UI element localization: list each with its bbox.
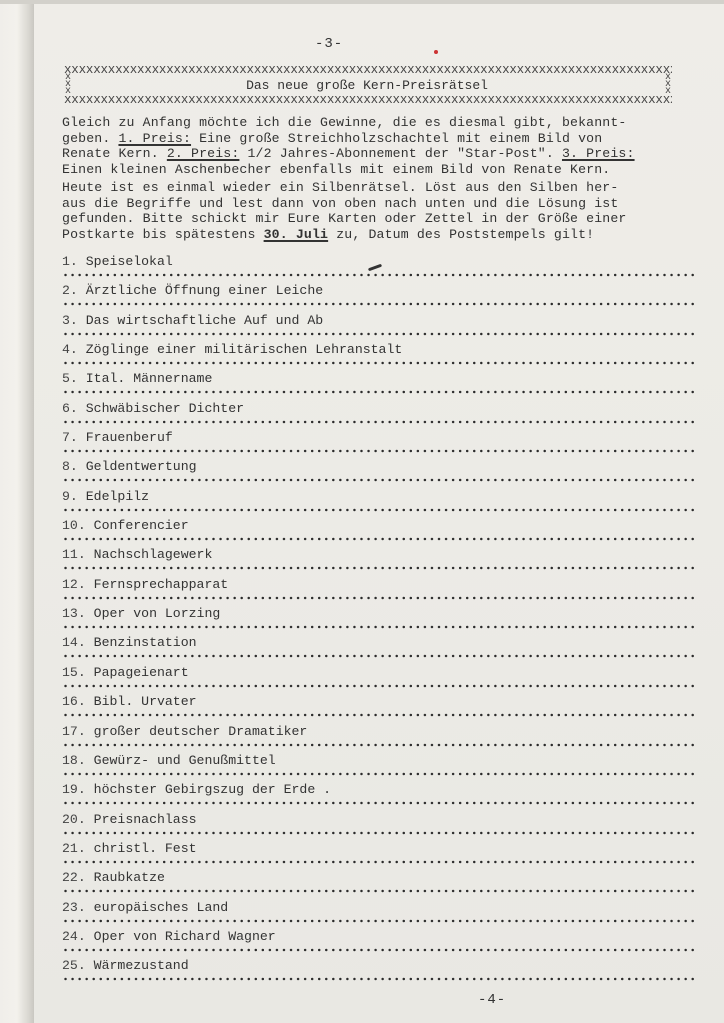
clue-text: Geldentwertung [86, 459, 197, 474]
clue-item: 10. Conferencier [62, 518, 694, 547]
clue-label: 9. Edelpilz [62, 489, 149, 504]
clue-number: 15. [62, 665, 86, 680]
answer-dotted-line[interactable] [62, 508, 694, 512]
clue-label: 11. Nachschlagewerk [62, 547, 212, 562]
deadline-date: 30. Juli [264, 227, 329, 242]
clue-text: Benzinstation [94, 635, 197, 650]
clue-label: 16. Bibl. Urvater [62, 694, 197, 709]
answer-dotted-line[interactable] [62, 831, 694, 835]
clue-number: 22. [62, 870, 86, 885]
clue-item: 14. Benzinstation [62, 635, 694, 664]
answer-dotted-line[interactable] [62, 743, 694, 747]
instructions-text: Heute ist es einmal wieder ein Silbenrät… [62, 180, 618, 195]
prize-3-label: 3. Preis: [562, 146, 635, 161]
clue-number: 16. [62, 694, 86, 709]
answer-dotted-line[interactable] [62, 566, 694, 570]
clue-item: 8. Geldentwertung [62, 459, 694, 488]
ink-speck [434, 50, 438, 54]
clue-number: 6. [62, 401, 78, 416]
clue-text: Gewürz- und Genußmittel [94, 753, 276, 768]
clue-number: 23. [62, 900, 86, 915]
clue-item: 6. Schwäbischer Dichter [62, 401, 694, 430]
clue-label: 17. großer deutscher Dramatiker [62, 724, 307, 739]
clue-text: Papageienart [94, 665, 189, 680]
clue-text: Speiselokal [86, 254, 173, 269]
answer-dotted-line[interactable] [62, 537, 694, 541]
clue-label: 7. Frauenberuf [62, 430, 173, 445]
clue-number: 9. [62, 489, 78, 504]
clue-item: 15. Papageienart [62, 665, 694, 694]
clue-text: Oper von Lorzing [94, 606, 221, 621]
prize-1-label: 1. Preis: [118, 131, 191, 146]
clue-text: Zöglinge einer militärischen Lehranstalt [86, 342, 403, 357]
clue-item: 7. Frauenberuf [62, 430, 694, 459]
clue-label: 15. Papageienart [62, 665, 189, 680]
answer-dotted-line[interactable] [62, 302, 694, 306]
clue-label: 18. Gewürz- und Genußmittel [62, 753, 276, 768]
clue-number: 17. [62, 724, 86, 739]
clue-item: 24. Oper von Richard Wagner [62, 929, 694, 958]
answer-dotted-line[interactable] [62, 361, 694, 365]
instructions-paragraph: Heute ist es einmal wieder ein Silbenrät… [62, 180, 702, 242]
clue-item: 4. Zöglinge einer militärischen Lehranst… [62, 342, 694, 371]
clue-text: Das wirtschaftliche Auf und Ab [86, 313, 323, 328]
prize-2-label: 2. Preis: [167, 146, 240, 161]
clue-item: 23. europäisches Land [62, 900, 694, 929]
clue-item: 1. Speiselokal [62, 254, 694, 283]
title-box: xxxxxxxxxxxxxxxxxxxxxxxxxxxxxxxxxxxxxxxx… [64, 64, 670, 106]
instructions-text: zu, Datum des Poststempels gilt! [328, 227, 594, 242]
clue-number: 2. [62, 283, 78, 298]
clue-number: 21. [62, 841, 86, 856]
answer-dotted-line[interactable] [62, 948, 694, 952]
clue-item: 16. Bibl. Urvater [62, 694, 694, 723]
clue-label: 22. Raubkatze [62, 870, 165, 885]
intro-text: geben. [62, 131, 118, 146]
clue-label: 8. Geldentwertung [62, 459, 197, 474]
answer-dotted-line[interactable] [62, 654, 694, 658]
instructions-text: Postkarte bis spätestens [62, 227, 264, 242]
clue-label: 1. Speiselokal [62, 254, 173, 269]
clue-text: Fernsprechapparat [94, 577, 229, 592]
clue-label: 19. höchster Gebirgszug der Erde . [62, 782, 331, 797]
intro-text: Gleich zu Anfang möchte ich die Gewinne,… [62, 115, 626, 130]
clue-text: europäisches Land [94, 900, 229, 915]
clue-number: 7. [62, 430, 78, 445]
answer-dotted-line[interactable] [62, 625, 694, 629]
clue-label: 24. Oper von Richard Wagner [62, 929, 276, 944]
clue-item: 20. Preisnachlass [62, 812, 694, 841]
clue-text: Preisnachlass [94, 812, 197, 827]
clue-item: 11. Nachschlagewerk [62, 547, 694, 576]
answer-dotted-line[interactable] [62, 390, 694, 394]
clue-item: 12. Fernsprechapparat [62, 577, 694, 606]
clue-label: 10. Conferencier [62, 518, 189, 533]
answer-dotted-line[interactable] [62, 449, 694, 453]
title-border-top: xxxxxxxxxxxxxxxxxxxxxxxxxxxxxxxxxxxxxxxx… [64, 64, 672, 76]
clue-number: 24. [62, 929, 86, 944]
clue-label: 5. Ital. Männername [62, 371, 212, 386]
clue-number: 1. [62, 254, 78, 269]
clue-number: 20. [62, 812, 86, 827]
answer-dotted-line[interactable] [62, 332, 694, 336]
clue-text: Conferencier [94, 518, 189, 533]
answer-dotted-line[interactable] [62, 420, 694, 424]
instructions-text: gefunden. Bitte schickt mir Eure Karten … [62, 211, 626, 226]
prizes-paragraph: Gleich zu Anfang möchte ich die Gewinne,… [62, 115, 702, 177]
clue-number: 11. [62, 547, 86, 562]
answer-dotted-line[interactable] [62, 801, 694, 805]
clue-label: 3. Das wirtschaftliche Auf und Ab [62, 313, 323, 328]
clue-item: 5. Ital. Männername [62, 371, 694, 400]
answer-dotted-line[interactable] [62, 684, 694, 688]
answer-dotted-line[interactable] [62, 977, 694, 981]
clue-item: 18. Gewürz- und Genußmittel [62, 753, 694, 782]
clue-label: 25. Wärmezustand [62, 958, 189, 973]
clue-number: 12. [62, 577, 86, 592]
intro-text: Renate Kern. [62, 146, 167, 161]
clue-number: 18. [62, 753, 86, 768]
clue-label: 6. Schwäbischer Dichter [62, 401, 244, 416]
clue-item: 22. Raubkatze [62, 870, 694, 899]
answer-dotted-line[interactable] [62, 889, 694, 893]
prize-3-text: Einen kleinen Aschenbecher ebenfalls mit… [62, 162, 610, 177]
clue-number: 13. [62, 606, 86, 621]
clue-label: 14. Benzinstation [62, 635, 197, 650]
puzzle-title: Das neue große Kern-Preisrätsel [64, 78, 670, 93]
clue-label: 23. europäisches Land [62, 900, 228, 915]
clue-text: Schwäbischer Dichter [86, 401, 244, 416]
clue-text: großer deutscher Dramatiker [94, 724, 308, 739]
clue-label: 2. Ärztliche Öffnung einer Leiche [62, 283, 323, 298]
clue-number: 10. [62, 518, 86, 533]
page-binding-edge [0, 0, 34, 1023]
title-border-right: xxx [664, 74, 672, 95]
clue-item: 17. großer deutscher Dramatiker [62, 724, 694, 753]
answer-dotted-line[interactable] [62, 273, 694, 277]
clue-label: 21. christl. Fest [62, 841, 197, 856]
answer-dotted-line[interactable] [62, 860, 694, 864]
clue-label: 4. Zöglinge einer militärischen Lehranst… [62, 342, 402, 357]
clue-text: Nachschlagewerk [94, 547, 213, 562]
clue-text: Ital. Männername [86, 371, 213, 386]
answer-dotted-line[interactable] [62, 713, 694, 717]
clue-item: 21. christl. Fest [62, 841, 694, 870]
clue-number: 4. [62, 342, 78, 357]
clue-list: 1. Speiselokal2. Ärztliche Öffnung einer… [62, 254, 694, 988]
clue-item: 19. höchster Gebirgszug der Erde . [62, 782, 694, 811]
top-page-number: -3- [315, 36, 343, 52]
clue-text: Frauenberuf [86, 430, 173, 445]
answer-dotted-line[interactable] [62, 919, 694, 923]
prize-1-text: Eine große Streichholzschachtel mit eine… [191, 131, 602, 146]
clue-number: 8. [62, 459, 78, 474]
clue-text: Edelpilz [86, 489, 149, 504]
clue-item: 3. Das wirtschaftliche Auf und Ab [62, 313, 694, 342]
title-border-bottom: xxxxxxxxxxxxxxxxxxxxxxxxxxxxxxxxxxxxxxxx… [64, 94, 672, 106]
clue-item: 13. Oper von Lorzing [62, 606, 694, 635]
clue-number: 5. [62, 371, 78, 386]
clue-text: Oper von Richard Wagner [94, 929, 276, 944]
clue-item: 25. Wärmezustand [62, 958, 694, 987]
clue-number: 25. [62, 958, 86, 973]
clue-label: 20. Preisnachlass [62, 812, 197, 827]
clue-text: Bibl. Urvater [94, 694, 197, 709]
clue-label: 13. Oper von Lorzing [62, 606, 220, 621]
clue-text: höchster Gebirgszug der Erde . [94, 782, 331, 797]
page-top-edge [0, 0, 724, 4]
clue-text: christl. Fest [94, 841, 197, 856]
instructions-text: aus die Begriffe und lest dann von oben … [62, 196, 618, 211]
answer-dotted-line[interactable] [62, 596, 694, 600]
answer-dotted-line[interactable] [62, 478, 694, 482]
clue-text: Raubkatze [94, 870, 165, 885]
prize-2-text: 1/2 Jahres-Abonnement der "Star-Post". [239, 146, 562, 161]
answer-dotted-line[interactable] [62, 772, 694, 776]
clue-number: 14. [62, 635, 86, 650]
clue-item: 2. Ärztliche Öffnung einer Leiche [62, 283, 694, 312]
clue-number: 19. [62, 782, 86, 797]
clue-label: 12. Fernsprechapparat [62, 577, 228, 592]
clue-item: 9. Edelpilz [62, 489, 694, 518]
clue-number: 3. [62, 313, 78, 328]
bottom-page-number: -4- [478, 992, 506, 1008]
clue-text: Wärmezustand [94, 958, 189, 973]
clue-text: Ärztliche Öffnung einer Leiche [86, 283, 323, 298]
